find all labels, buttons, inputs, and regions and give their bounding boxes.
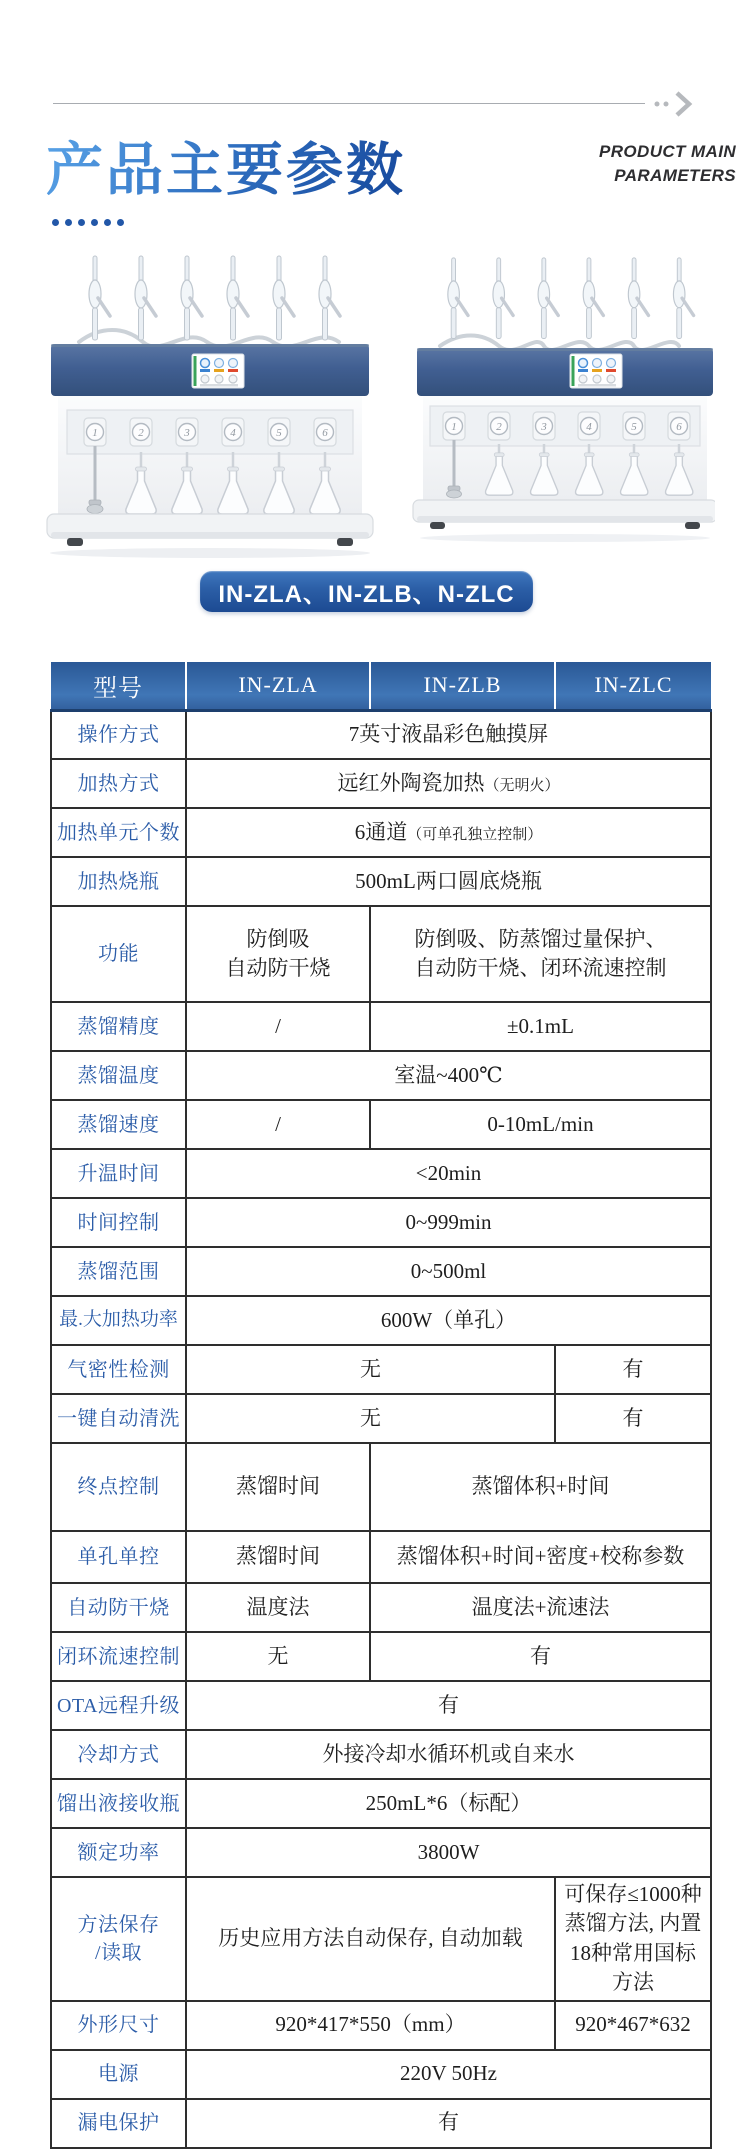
- spec-row: 漏电保护 有: [51, 2099, 711, 2148]
- header-model-inzlc: IN-ZLC: [555, 662, 711, 710]
- cell-value: 6通道（可单孔独立控制）: [186, 808, 711, 857]
- cell-value: /: [186, 1100, 370, 1149]
- page-title-english: PRODUCT MAIN PARAMETERS: [599, 140, 736, 188]
- spec-row: 自动防干烧 温度法 温度法+流速法: [51, 1583, 711, 1632]
- cell-value: 可保存≤1000种蒸馏方法, 内置18种常用国标方法: [555, 1877, 711, 2001]
- unit-number: 1: [92, 427, 98, 439]
- spec-row: OTA远程升级 有: [51, 1681, 711, 1730]
- spec-row: 加热方式 远红外陶瓷加热（无明火）: [51, 759, 711, 808]
- spec-row: 操作方式 7英寸液晶彩色触摸屏: [51, 710, 711, 759]
- cell-value: /: [186, 1002, 370, 1051]
- row-label: 自动防干烧: [51, 1583, 186, 1632]
- cell-value: 250mL*6（标配）: [186, 1779, 711, 1828]
- row-label: 功能: [51, 906, 186, 1002]
- spec-row: 蒸馏温度 室温~400℃: [51, 1051, 711, 1100]
- product-photos: 1 2 3 4 5 6: [35, 238, 715, 560]
- row-label: 加热单元个数: [51, 808, 186, 857]
- row-label: 升温时间: [51, 1149, 186, 1198]
- row-label: 漏电保护: [51, 2099, 186, 2148]
- cell-value: 3800W: [186, 1828, 711, 1877]
- cell-value: 蒸馏时间: [186, 1531, 370, 1583]
- row-label: 电源: [51, 2050, 186, 2099]
- hose-tubing: [440, 336, 679, 351]
- spec-row: 馏出液接收瓶 250mL*6（标配）: [51, 1779, 711, 1828]
- cell-value: 室温~400℃: [186, 1051, 711, 1100]
- spec-row: 终点控制 蒸馏时间 蒸馏体积+时间: [51, 1443, 711, 1531]
- unit-number: 6: [322, 427, 328, 439]
- unit-number: 2: [138, 427, 144, 439]
- cell-value: 有: [186, 2099, 711, 2148]
- cell-value: 蒸馏时间: [186, 1443, 370, 1531]
- cell-value: 无: [186, 1394, 555, 1443]
- row-label: 闭环流速控制: [51, 1632, 186, 1681]
- row-label: 操作方式: [51, 710, 186, 759]
- cell-value: 500mL两口圆底烧瓶: [186, 857, 711, 906]
- cell-value: ±0.1mL: [370, 1002, 711, 1051]
- spec-row: 冷却方式 外接冷却水循环机或自来水: [51, 1730, 711, 1779]
- row-label: 冷却方式: [51, 1730, 186, 1779]
- unit-number: 5: [631, 421, 637, 433]
- cell-value: 有: [186, 1681, 711, 1730]
- control-band: [417, 348, 713, 396]
- spec-header-row: 型号 IN-ZLA IN-ZLB IN-ZLC: [51, 662, 711, 710]
- row-label: 外形尺寸: [51, 2001, 186, 2050]
- machine-left-illustration: 1 2 3 4 5 6: [47, 256, 373, 558]
- cell-value: 920*467*632: [555, 2001, 711, 2050]
- spec-row: 加热单元个数 6通道（可单孔独立控制）: [51, 808, 711, 857]
- cell-value: 有: [555, 1394, 711, 1443]
- unit-number: 4: [230, 427, 236, 439]
- cell-value: 温度法: [186, 1583, 370, 1632]
- row-label: 加热方式: [51, 759, 186, 808]
- cell-value: 防倒吸自动防干烧: [186, 906, 370, 1002]
- machine-right-illustration: 1 2 3 4 5 6: [413, 258, 715, 542]
- touchscreen: [570, 354, 622, 388]
- row-label: 时间控制: [51, 1198, 186, 1247]
- row-label: OTA远程升级: [51, 1681, 186, 1730]
- page-title-english-line2: PARAMETERS: [599, 164, 736, 188]
- unit-number: 3: [183, 427, 190, 439]
- row-label: 一键自动清洗: [51, 1394, 186, 1443]
- cell-value: 920*417*550（mm）: [186, 2001, 555, 2050]
- cell-value: 蒸馏体积+时间+密度+校称参数: [370, 1531, 711, 1583]
- unit-number: 2: [496, 421, 502, 433]
- unit-number: 4: [586, 421, 592, 433]
- touchscreen: [192, 354, 244, 388]
- row-label: 气密性检测: [51, 1345, 186, 1394]
- spec-row: 外形尺寸 920*417*550（mm） 920*467*632: [51, 2001, 711, 2050]
- spec-row: 升温时间 <20min: [51, 1149, 711, 1198]
- page-root: { "page": {"width": 750, "height": 2153,…: [0, 0, 750, 2153]
- row-label: 终点控制: [51, 1443, 186, 1531]
- spec-row: 最.大加热功率 600W（单孔）: [51, 1296, 711, 1345]
- top-divider-line: [53, 103, 645, 104]
- cell-value: 防倒吸、防蒸馏过量保护、自动防干烧、闭环流速控制: [370, 906, 711, 1002]
- cell-value: 外接冷却水循环机或自来水: [186, 1730, 711, 1779]
- cell-value: 历史应用方法自动保存, 自动加载: [186, 1877, 555, 2001]
- cell-value: 600W（单孔）: [186, 1296, 711, 1345]
- cell-value: 蒸馏体积+时间: [370, 1443, 711, 1531]
- cell-value: 有: [555, 1345, 711, 1394]
- unit-number: 6: [676, 421, 682, 433]
- spec-row: 功能 防倒吸自动防干烧 防倒吸、防蒸馏过量保护、自动防干烧、闭环流速控制: [51, 906, 711, 1002]
- unit-number: 5: [276, 427, 282, 439]
- cell-value: <20min: [186, 1149, 711, 1198]
- header-model-inzlb: IN-ZLB: [370, 662, 555, 710]
- cell-value: 7英寸液晶彩色触摸屏: [186, 710, 711, 759]
- row-label: 蒸馏速度: [51, 1100, 186, 1149]
- row-label: 单孔单控: [51, 1531, 186, 1583]
- sampling-tube: [453, 440, 456, 488]
- header-model-label: 型号: [51, 662, 186, 710]
- models-badge: IN-ZLA、IN-ZLB、N-ZLC: [200, 571, 533, 612]
- page-title-english-line1: PRODUCT MAIN: [599, 140, 736, 164]
- unit-number: 1: [451, 421, 457, 433]
- unit-number: 3: [540, 421, 547, 433]
- cell-value: 远红外陶瓷加热（无明火）: [186, 759, 711, 808]
- spec-row: 气密性检测 无 有: [51, 1345, 711, 1394]
- spec-table: 型号 IN-ZLA IN-ZLB IN-ZLC 操作方式 7英寸液晶彩色触摸屏 …: [50, 662, 712, 2149]
- spec-row: 蒸馏速度 / 0-10mL/min: [51, 1100, 711, 1149]
- spec-row: 闭环流速控制 无 有: [51, 1632, 711, 1681]
- cell-value: 有: [370, 1632, 711, 1681]
- spec-row: 加热烧瓶 500mL两口圆底烧瓶: [51, 857, 711, 906]
- spec-row: 蒸馏范围 0~500ml: [51, 1247, 711, 1296]
- spec-row: 方法保存/读取 历史应用方法自动保存, 自动加载 可保存≤1000种蒸馏方法, …: [51, 1877, 711, 2001]
- row-label: 蒸馏温度: [51, 1051, 186, 1100]
- cell-value: 0~999min: [186, 1198, 711, 1247]
- spec-row: 电源 220V 50Hz: [51, 2050, 711, 2099]
- cell-value: 无: [186, 1632, 370, 1681]
- cell-value: 无: [186, 1345, 555, 1394]
- row-label: 额定功率: [51, 1828, 186, 1877]
- row-label: 最.大加热功率: [51, 1296, 186, 1345]
- spec-row: 时间控制 0~999min: [51, 1198, 711, 1247]
- page-title: 产品主要参数: [46, 124, 406, 206]
- row-label: 蒸馏精度: [51, 1002, 186, 1051]
- row-label: 馏出液接收瓶: [51, 1779, 186, 1828]
- sampling-tube: [94, 446, 97, 502]
- row-label: 加热烧瓶: [51, 857, 186, 906]
- spec-row: 蒸馏精度 / ±0.1mL: [51, 1002, 711, 1051]
- chevron-right-icon: [652, 89, 712, 119]
- row-label: 蒸馏范围: [51, 1247, 186, 1296]
- spec-row: 一键自动清洗 无 有: [51, 1394, 711, 1443]
- cell-value: 温度法+流速法: [370, 1583, 711, 1632]
- cell-value: 0~500ml: [186, 1247, 711, 1296]
- spec-row: 单孔单控 蒸馏时间 蒸馏体积+时间+密度+校称参数: [51, 1531, 711, 1583]
- cell-value: 220V 50Hz: [186, 2050, 711, 2099]
- header-model-inzla: IN-ZLA: [186, 662, 370, 710]
- cell-value: 0-10mL/min: [370, 1100, 711, 1149]
- dots-decoration: [52, 219, 124, 226]
- spec-row: 额定功率 3800W: [51, 1828, 711, 1877]
- row-label: 方法保存/读取: [51, 1877, 186, 2001]
